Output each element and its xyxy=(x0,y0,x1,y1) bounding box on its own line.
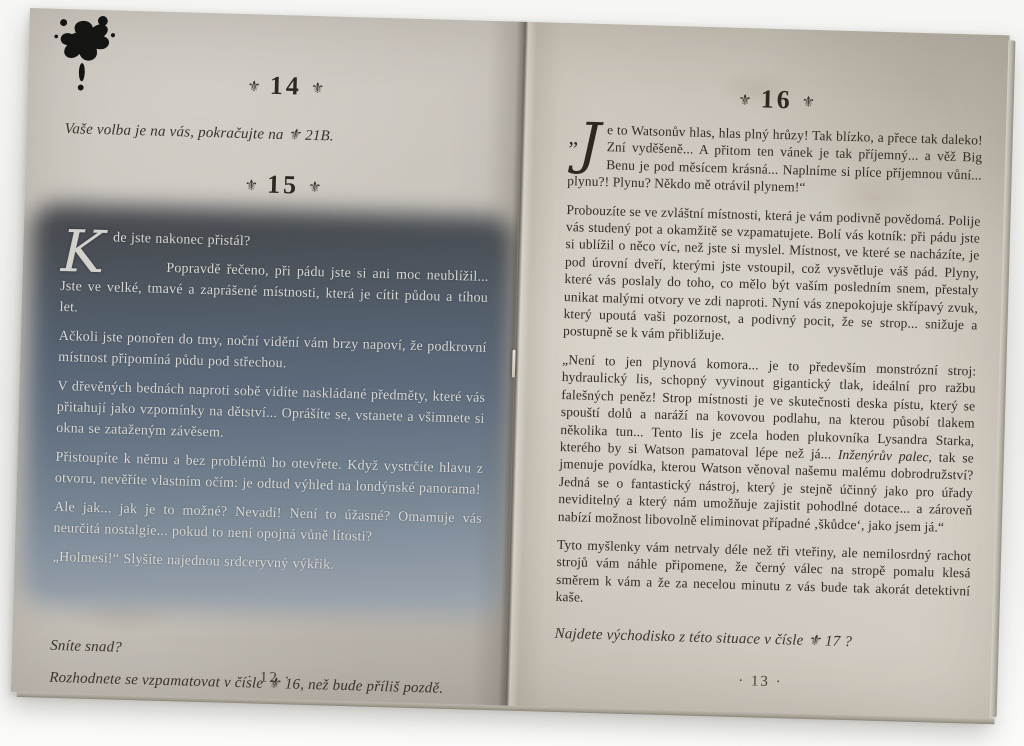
section-14-heading: ⚜ 14 ⚜ xyxy=(66,65,507,107)
section-15-heading: ⚜ 15 ⚜ xyxy=(63,164,504,206)
story-paragraph: Přistoupíte k němu a bez problémů ho ote… xyxy=(55,447,484,501)
choice-lead: Sníte snad? xyxy=(50,636,490,669)
right-page: ⚜ 16 ⚜ „Je to Watsonův hlas, hlas plný h… xyxy=(505,22,1010,719)
story-paragraph-text: „Není to jen plynová komora... je to pře… xyxy=(560,352,977,462)
section-number-15: 15 xyxy=(267,170,300,201)
story-paragraph: Popravdě řečeno, při pádu jste si ani mo… xyxy=(59,255,488,330)
fleuron-icon: ⚜ xyxy=(244,178,258,193)
story-paragraph: Probouzíte se ve zvláštní místnosti, kte… xyxy=(563,201,981,352)
story-paragraph: „Není to jen plynová komora... je to pře… xyxy=(558,351,977,537)
fleuron-icon: ⚜ xyxy=(311,80,325,95)
fleuron-icon: ⚜ xyxy=(801,94,815,109)
shaded-story-panel: Kde jste nakonec přistál? Popravdě řečen… xyxy=(21,203,514,618)
open-book: ⚜ 14 ⚜ Vaše volba je na vás, pokračujte … xyxy=(11,8,1010,719)
section-number-14: 14 xyxy=(269,71,302,102)
drop-cap-group: „J xyxy=(568,120,608,167)
ink-blot-icon xyxy=(47,11,120,105)
story-paragraph: Ale jak... jak je to možné? Nevadí! Není… xyxy=(53,497,482,551)
story-paragraph: Kde jste nakonec přistál? xyxy=(61,226,489,259)
story-paragraph: „Je to Watsonův hlas, hlas plný hrůzy! T… xyxy=(567,120,983,201)
photo-surface: ⚜ 14 ⚜ Vaše volba je na vás, pokračujte … xyxy=(0,0,1024,746)
drop-cap-k: K xyxy=(61,226,114,275)
left-page: ⚜ 14 ⚜ Vaše volba je na vás, pokračujte … xyxy=(11,8,524,706)
story-paragraph: Tyto myšlenky vám netrvaly déle než tři … xyxy=(555,536,971,617)
story-paragraph-text: e to Watsonův hlas, hlas plný hrůzy! Tak… xyxy=(567,122,983,195)
fleuron-icon: ⚜ xyxy=(738,92,752,107)
choice-option: Nesníte, zrovna jste se dostal z tohoto … xyxy=(48,700,488,705)
story-title-italic: Inženýrův palec xyxy=(838,447,929,465)
section-16-heading: ⚜ 16 ⚜ xyxy=(569,79,984,121)
story-paragraph: Ačkoli jste ponořen do tmy, noční vidění… xyxy=(58,326,487,380)
fleuron-icon: ⚜ xyxy=(247,79,261,94)
section-number-16: 16 xyxy=(760,84,793,115)
drop-cap-j: J xyxy=(577,111,601,177)
final-question: Najdete východisko z této situace v čísl… xyxy=(554,623,968,654)
choice-instruction-14: Vaše volba je na vás, pokračujte na ⚜ 21… xyxy=(64,119,504,150)
page-number-right: · 13 · xyxy=(553,668,967,697)
fleuron-icon: ⚜ xyxy=(308,179,322,194)
story-paragraph: V dřevěných bednách naproti sobě vidíte … xyxy=(56,376,485,451)
story-paragraph-text: de jste nakonec přistál? xyxy=(113,230,251,249)
story-paragraph: „Holmesi!“ Slyšíte najednou srdceryvný v… xyxy=(52,547,480,580)
